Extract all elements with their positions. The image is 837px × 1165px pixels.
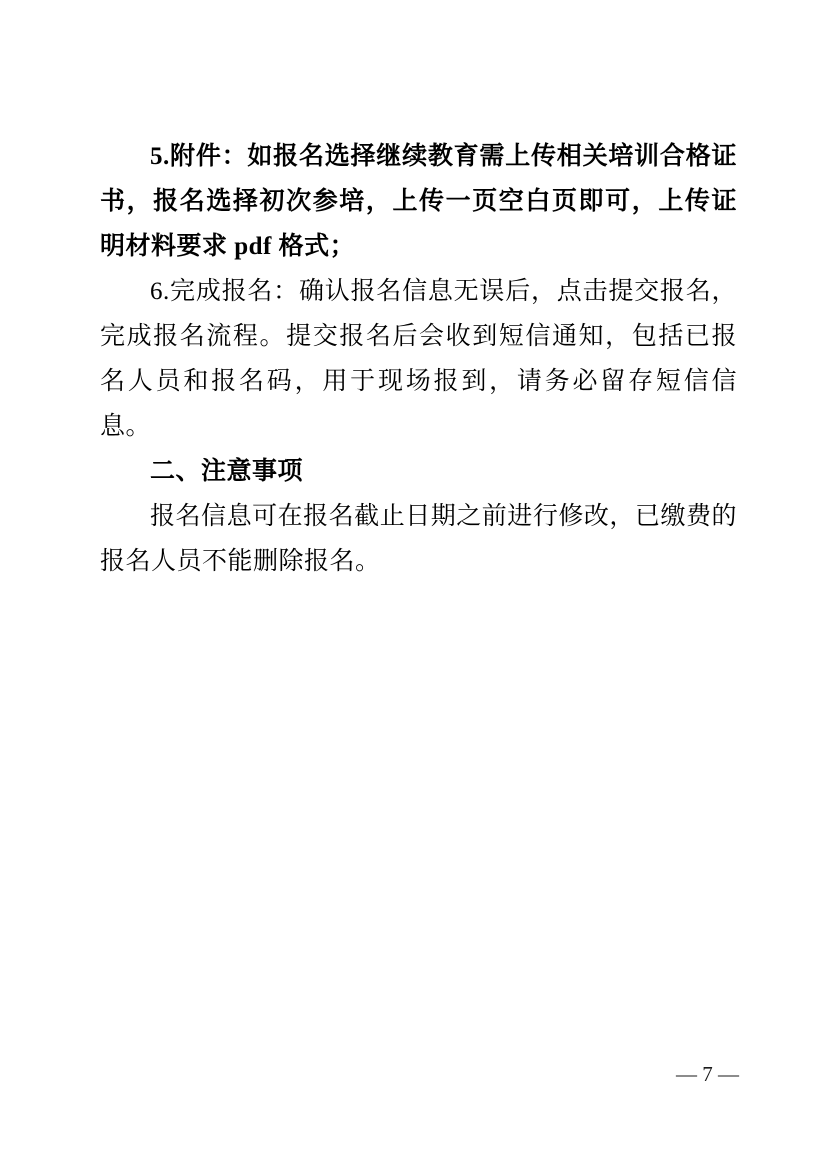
page-number: — 7 —	[676, 1062, 739, 1086]
paragraph-step-6-complete-registration: 6.完成报名：确认报名信息无误后，点击提交报名，完成报名流程。提交报名后会收到短…	[100, 269, 737, 449]
paragraph-step-5-attachment: 5.附件：如报名选择继续教育需上传相关培训合格证书，报名选择初次参培，上传一页空…	[100, 134, 737, 269]
document-body: 5.附件：如报名选择继续教育需上传相关培训合格证书，报名选择初次参培，上传一页空…	[100, 134, 737, 584]
section-heading-notes: 二、注意事项	[100, 449, 737, 494]
paragraph-note-modification: 报名信息可在报名截止日期之前进行修改，已缴费的报名人员不能删除报名。	[100, 494, 737, 584]
document-page: 5.附件：如报名选择继续教育需上传相关培训合格证书，报名选择初次参培，上传一页空…	[0, 0, 837, 1165]
